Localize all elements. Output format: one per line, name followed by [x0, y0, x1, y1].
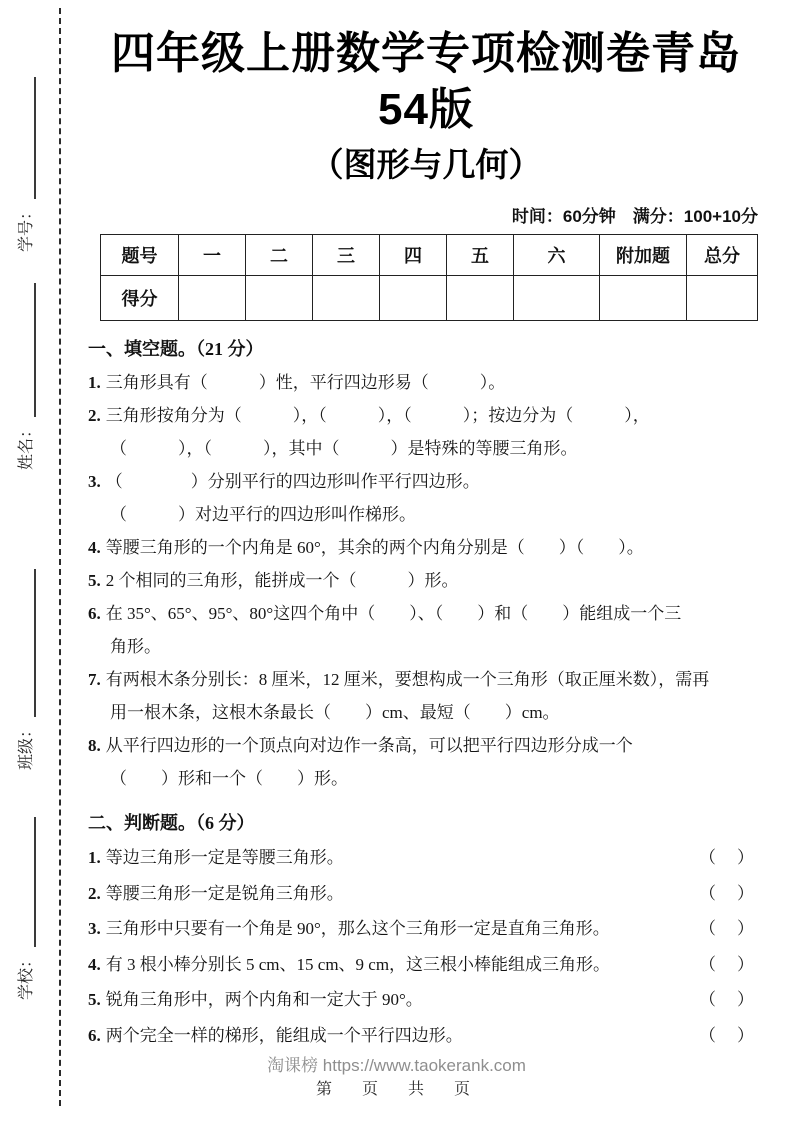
fill-question-3: 3.（ ）分别平行的四边形叫作平行四边形。 （ ）对边平行的四边形叫作梯形。 — [88, 465, 764, 531]
header-cell-question-no: 题号 — [101, 235, 179, 276]
exam-paper: 四年级上册数学专项检测卷青岛54版 （图形与几何） 时间：60分钟 满分：100… — [88, 26, 764, 1053]
answer-bracket: （ ） — [699, 911, 764, 947]
score-cell — [514, 276, 600, 321]
score-cell — [179, 276, 246, 321]
score-cell — [687, 276, 758, 321]
question-text: （ ）分别平行的四边形叫作平行四边形。 （ ）对边平行的四边形叫作梯形。 — [106, 472, 480, 524]
judge-question-2: 2.等腰三角形一定是锐角三角形。（ ） — [88, 876, 764, 912]
score-row-label: 得分 — [101, 276, 179, 321]
question-number: 7. — [88, 670, 101, 689]
question-number: 3. — [88, 911, 101, 947]
sidebar-field-class: 班级： — [10, 569, 36, 770]
fill-question-2: 2.三角形按角分为（ ），（ ），（ ）；按边分为（ ）， （ ），（ ），其中… — [88, 399, 764, 465]
score-cell — [380, 276, 447, 321]
score-table-header-row: 题号 一 二 三 四 五 六 附加题 总分 — [101, 235, 758, 276]
footer-watermark: 淘课榜 https://www.taokerank.com — [0, 1051, 793, 1076]
name-label: 姓名： — [13, 422, 36, 470]
question-text: 在 35°、65°、95°、80°这四个角中（ ）、（ ）和（ ）能组成一个三 … — [106, 604, 681, 656]
header-cell-1: 一 — [179, 235, 246, 276]
header-cell-4: 四 — [380, 235, 447, 276]
fill-question-8: 8.从平行四边形的一个顶点向对边作一条高，可以把平行四边形分成一个 （ ）形和一… — [88, 729, 764, 795]
section-2-heading: 二、判断题。（6 分） — [88, 810, 764, 836]
judge-question-4: 4.有 3 根小棒分别长 5 cm、15 cm、9 cm，这三根小棒能组成三角形… — [88, 947, 764, 983]
fill-question-5: 5.2 个相同的三角形，能拼成一个（ ）形。 — [88, 564, 764, 597]
question-number: 5. — [88, 571, 101, 590]
answer-bracket: （ ） — [699, 840, 764, 876]
student-id-label: 学号： — [13, 204, 36, 252]
question-text: 等边三角形一定是等腰三角形。 — [106, 840, 699, 876]
header-cell-6: 六 — [514, 235, 600, 276]
question-text: 有两根木条分别长：8 厘米，12 厘米，要想构成一个三角形（取正厘米数），需再 … — [106, 670, 710, 722]
score-cell — [447, 276, 514, 321]
score-cell — [313, 276, 380, 321]
header-cell-5: 五 — [447, 235, 514, 276]
question-text: 等腰三角形一定是锐角三角形。 — [106, 876, 699, 912]
binding-dashed-line — [59, 8, 61, 1106]
fill-question-1: 1.三角形具有（ ）性，平行四边形易（ ）。 — [88, 366, 764, 399]
watermark-link[interactable]: 淘课榜 https://www.taokerank.com — [267, 1056, 526, 1075]
answer-bracket: （ ） — [699, 876, 764, 912]
question-number: 2. — [88, 876, 101, 912]
question-text: 2 个相同的三角形，能拼成一个（ ）形。 — [106, 571, 459, 590]
question-text: 两个完全一样的梯形，能组成一个平行四边形。 — [106, 1018, 699, 1054]
answer-bracket: （ ） — [699, 947, 764, 983]
question-text: 从平行四边形的一个顶点向对边作一条高，可以把平行四边形分成一个 （ ）形和一个（… — [106, 736, 633, 788]
judge-question-6: 6.两个完全一样的梯形，能组成一个平行四边形。（ ） — [88, 1018, 764, 1054]
question-number: 4. — [88, 947, 101, 983]
question-text: 等腰三角形的一个内角是 60°，其余的两个内角分别是（ ）（ ）。 — [106, 538, 644, 557]
sidebar-field-school: 学校： — [10, 817, 36, 1000]
question-text: 有 3 根小棒分别长 5 cm、15 cm、9 cm，这三根小棒能组成三角形。 — [106, 947, 699, 983]
question-number: 2. — [88, 406, 101, 425]
judge-question-5: 5.锐角三角形中，两个内角和一定大于 90°。（ ） — [88, 982, 764, 1018]
section-1-heading: 一、填空题。（21 分） — [88, 336, 764, 362]
page-subtitle: （图形与几何） — [88, 144, 764, 186]
question-number: 6. — [88, 1018, 101, 1054]
exam-time-score-info: 时间：60分钟 满分：100+10分 — [88, 202, 764, 227]
header-cell-bonus: 附加题 — [600, 235, 687, 276]
header-cell-3: 三 — [313, 235, 380, 276]
score-table: 题号 一 二 三 四 五 六 附加题 总分 得分 — [100, 234, 758, 321]
score-cell — [600, 276, 687, 321]
page-title: 四年级上册数学专项检测卷青岛54版 — [88, 26, 764, 138]
answer-bracket: （ ） — [699, 982, 764, 1018]
question-text: 三角形具有（ ）性，平行四边形易（ ）。 — [106, 373, 506, 392]
name-blank — [18, 283, 36, 417]
header-cell-2: 二 — [246, 235, 313, 276]
fill-question-7: 7.有两根木条分别长：8 厘米，12 厘米，要想构成一个三角形（取正厘米数），需… — [88, 663, 764, 729]
question-number: 1. — [88, 373, 101, 392]
judge-question-3: 3.三角形中只要有一个角是 90°，那么这个三角形一定是直角三角形。（ ） — [88, 911, 764, 947]
fill-question-6: 6.在 35°、65°、95°、80°这四个角中（ ）、（ ）和（ ）能组成一个… — [88, 597, 764, 663]
class-label: 班级： — [13, 722, 36, 770]
question-number: 5. — [88, 982, 101, 1018]
question-text: 三角形中只要有一个角是 90°，那么这个三角形一定是直角三角形。 — [106, 911, 699, 947]
question-number: 1. — [88, 840, 101, 876]
answer-bracket: （ ） — [699, 1018, 764, 1054]
header-cell-total: 总分 — [687, 235, 758, 276]
student-id-blank — [18, 77, 36, 199]
question-text: 三角形按角分为（ ），（ ），（ ）；按边分为（ ）， （ ），（ ），其中（ … — [106, 406, 650, 458]
class-blank — [18, 569, 36, 717]
question-number: 8. — [88, 736, 101, 755]
judge-question-1: 1.等边三角形一定是等腰三角形。（ ） — [88, 840, 764, 876]
school-label: 学校： — [13, 952, 36, 1000]
question-number: 3. — [88, 472, 101, 491]
fill-question-4: 4.等腰三角形的一个内角是 60°，其余的两个内角分别是（ ）（ ）。 — [88, 531, 764, 564]
school-blank — [18, 817, 36, 947]
footer-page-info: 第 页 共 页 — [0, 1076, 793, 1099]
score-table-score-row: 得分 — [101, 276, 758, 321]
sidebar-field-student-id: 学号： — [10, 77, 36, 252]
question-number: 6. — [88, 604, 101, 623]
question-text: 锐角三角形中，两个内角和一定大于 90°。 — [106, 982, 699, 1018]
sidebar-field-name: 姓名： — [10, 283, 36, 470]
score-cell — [246, 276, 313, 321]
question-number: 4. — [88, 538, 101, 557]
